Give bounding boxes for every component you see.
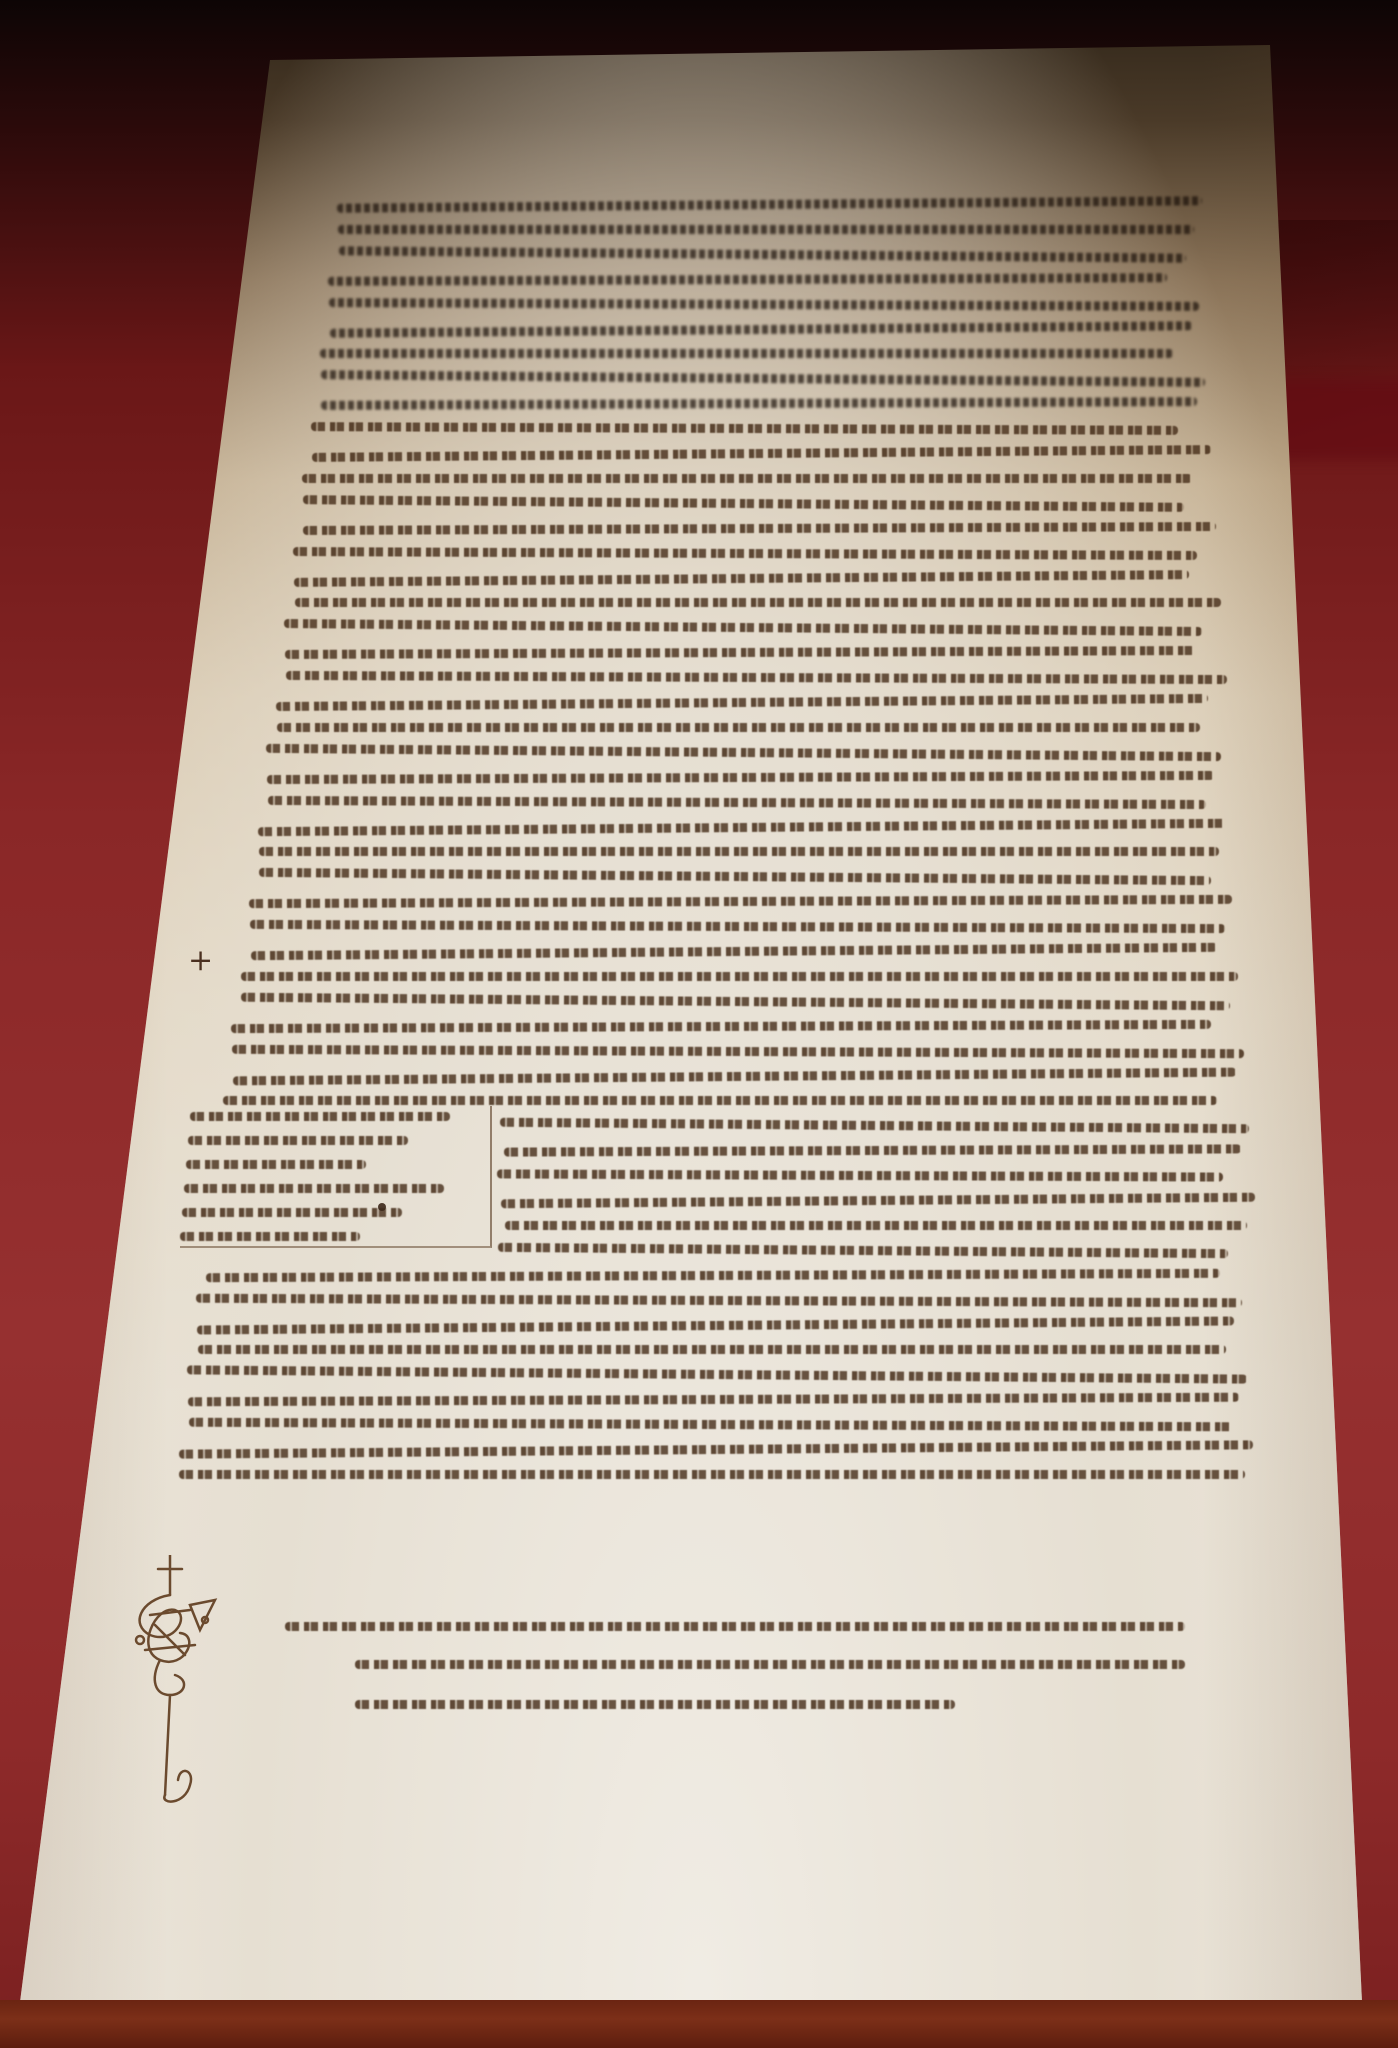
subscription-line — [285, 1622, 1185, 1631]
handwriting-line — [196, 1293, 1242, 1307]
handwriting-line — [277, 723, 1201, 732]
handwriting-line — [501, 1193, 1255, 1209]
handwriting-line — [286, 671, 1227, 684]
handwriting-line — [321, 397, 1197, 410]
handwriting-line — [311, 422, 1178, 435]
handwriting-line — [259, 868, 1211, 885]
handwriting-line — [294, 570, 1189, 587]
handwriting-line — [268, 796, 1206, 809]
handwriting-line — [328, 273, 1167, 286]
handwriting-line — [498, 1243, 1228, 1258]
handwriting-line — [321, 370, 1205, 387]
display-case-frame — [0, 2000, 1398, 2048]
handwriting-line — [223, 1096, 1218, 1105]
handwriting-line — [295, 598, 1222, 607]
handwriting-line — [231, 1020, 1211, 1033]
handwriting-line — [179, 1470, 1244, 1479]
handwriting-line — [293, 547, 1197, 560]
handwriting-line — [250, 920, 1225, 933]
margin-cross-mark: + — [188, 946, 213, 976]
handwriting-line — [320, 349, 1173, 358]
handwriting-line — [329, 298, 1199, 311]
handwriting-line — [259, 847, 1220, 856]
handwriting-line — [233, 1067, 1236, 1085]
handwriting-line — [500, 1118, 1249, 1134]
handwriting-line — [258, 818, 1227, 835]
handwriting-line — [303, 522, 1216, 535]
handwriting-line — [284, 619, 1202, 636]
notarial-signum-icon — [120, 1555, 260, 1805]
handwriting-line — [198, 1345, 1226, 1354]
handwriting-line — [232, 1044, 1244, 1057]
handwriting-line — [338, 225, 1194, 234]
handwriting-line — [197, 1316, 1234, 1334]
handwriting-line — [505, 1221, 1247, 1230]
ink-blot — [378, 1203, 386, 1211]
handwriting-line — [267, 771, 1214, 784]
handwriting-line — [266, 744, 1221, 761]
handwriting-line — [206, 1269, 1220, 1282]
handwriting-line — [339, 246, 1186, 262]
handwriting-line — [249, 895, 1232, 908]
handwriting-line — [241, 993, 1230, 1011]
handwriting-line — [285, 646, 1195, 659]
subscription-line — [355, 1660, 1185, 1669]
handwriting-line — [276, 694, 1208, 711]
handwriting-line — [337, 196, 1202, 213]
handwriting-line — [187, 1366, 1247, 1384]
handwriting-line — [312, 445, 1211, 462]
handwriting-line — [302, 474, 1192, 483]
subscription-line — [355, 1700, 955, 1709]
handwriting-line — [189, 1418, 1232, 1432]
handwriting-line — [302, 495, 1183, 512]
handwriting-line — [504, 1145, 1241, 1157]
handwriting-line — [179, 1440, 1253, 1458]
indented-subparagraph-box — [180, 1106, 492, 1248]
handwriting-line — [241, 972, 1239, 981]
handwriting-line — [497, 1170, 1223, 1182]
handwriting-line — [188, 1393, 1239, 1407]
handwriting-line — [330, 321, 1192, 338]
handwriting-line — [251, 943, 1217, 960]
